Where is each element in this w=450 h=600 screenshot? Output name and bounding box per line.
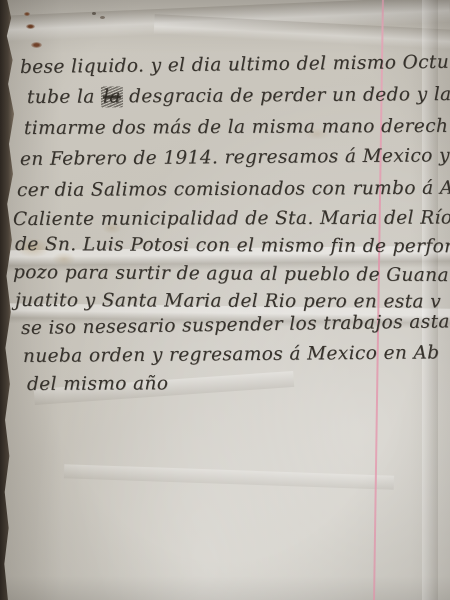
handwriting-segment: desgracia de perder un dedo y la [123, 84, 450, 107]
handwriting-segment: tube la [27, 86, 101, 108]
handwriting-line: en Febrero de 1914. regresamos á Mexico … [20, 145, 450, 170]
handwriting-line: Caliente municipalidad de Sta. Maria del… [13, 207, 450, 230]
handwriting-line: de Sn. Luis Potosi con el mismo fin de p… [15, 234, 450, 258]
handwriting-line: juatito y Santa Maria del Rio pero en es… [15, 290, 441, 312]
handwriting-line: pozo para surtir de agua al pueblo de Gu… [13, 262, 449, 286]
handwriting-line: del mismo año [27, 373, 168, 395]
handwriting-line: tube la la desgracia de perder un dedo y… [27, 84, 450, 108]
struck-out-word: la [101, 86, 123, 107]
handwriting-line: nueba orden y regresamos á Mexico en Ab [23, 342, 440, 367]
handwriting-line: cer dia Salimos comisionados con rumbo á… [17, 178, 450, 201]
handwriting-line: se iso nesesario suspender los trabajos … [21, 311, 450, 339]
handwriting-block: bese liquido. y el dia ultimo del mismo … [0, 0, 450, 600]
handwriting-line: bese liquido. y el dia ultimo del mismo … [20, 51, 450, 78]
manuscript-photo: bese liquido. y el dia ultimo del mismo … [0, 0, 450, 600]
handwriting-line: timarme dos más de la misma mano derech [24, 116, 448, 139]
